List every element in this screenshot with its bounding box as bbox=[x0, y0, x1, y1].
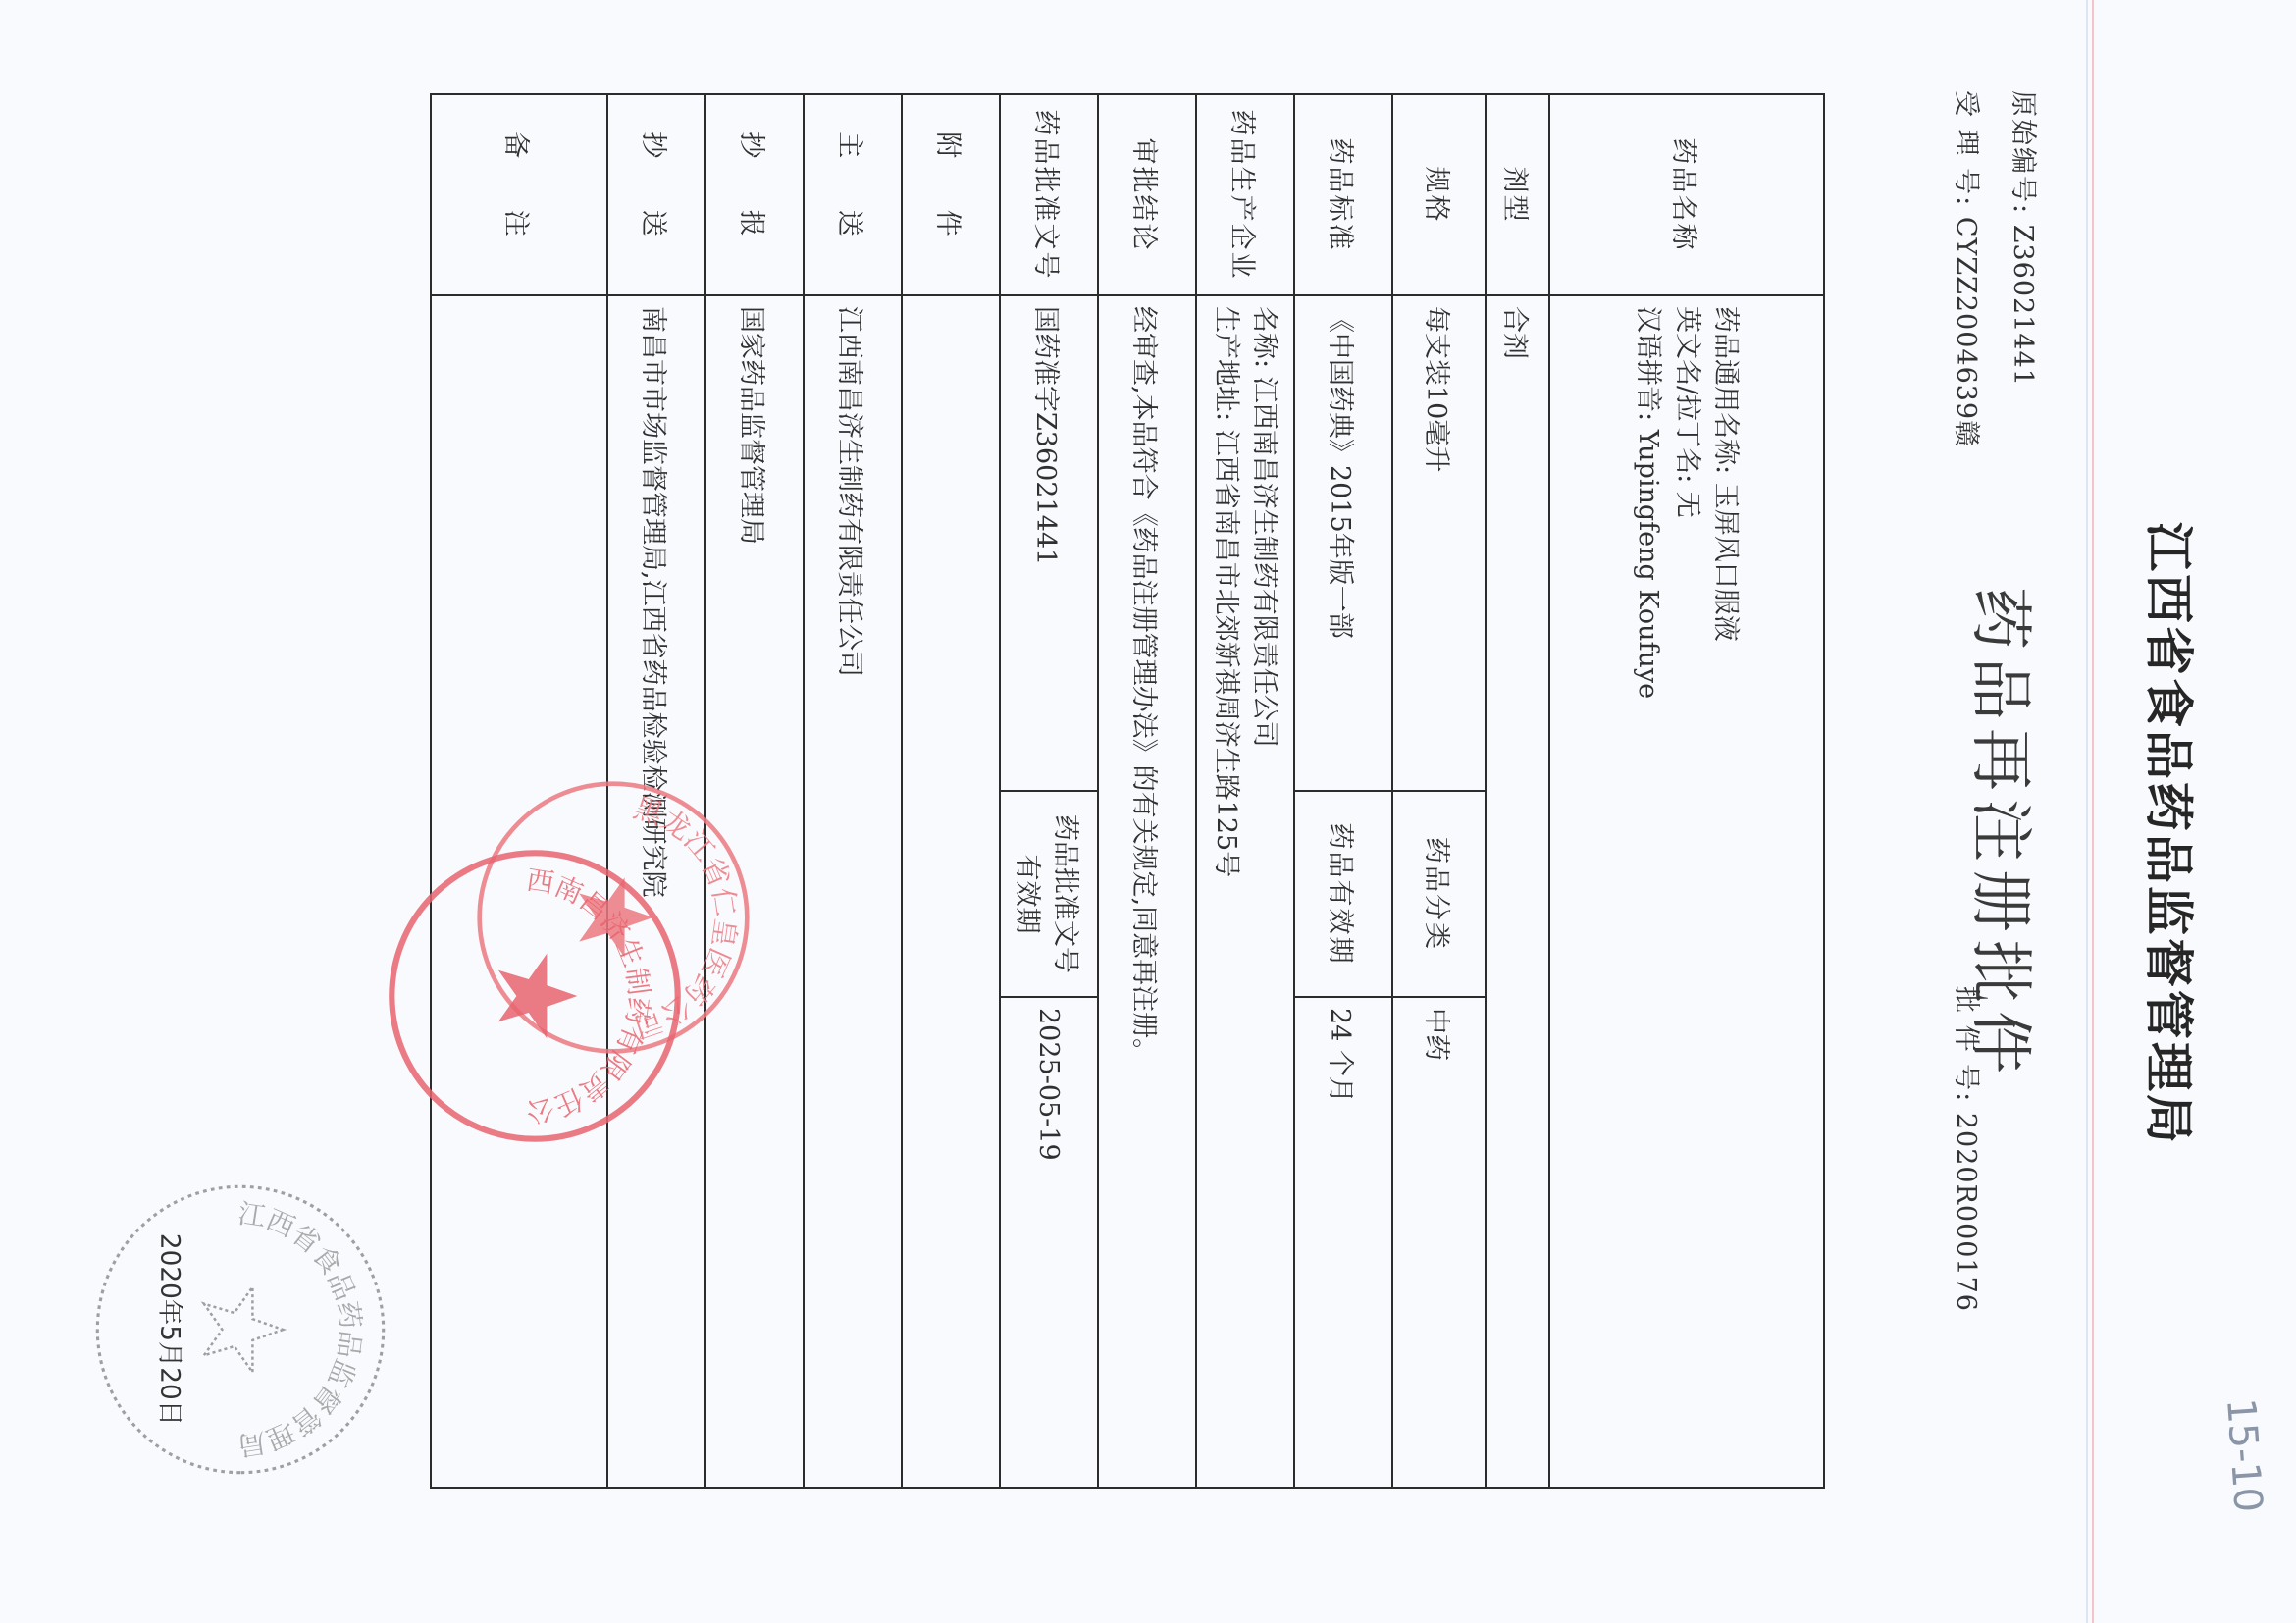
manufacturer-address-value: 江西省南昌市北郊新祺周济生路125号 bbox=[1211, 430, 1241, 878]
report-copy-value: 国家药品监督管理局 bbox=[705, 295, 804, 1488]
standard-value: 《中国药典》2015年版一部 bbox=[1294, 295, 1392, 791]
acceptance-number-value: CYZZ2004639赣 bbox=[1951, 217, 1981, 447]
english-name-value: 无 bbox=[1672, 492, 1702, 518]
generic-name: 药品通用名称: 玉屏风口服液 bbox=[1706, 306, 1745, 1477]
row-drug-name: 药品名称 药品通用名称: 玉屏风口服液 英文名/拉丁名: 无 汉语拼音: Yup… bbox=[1549, 94, 1824, 1488]
svg-text:江西省食品药品监督管理局: 江西省食品药品监督管理局 bbox=[235, 1197, 366, 1462]
page-edge-line bbox=[2092, 0, 2094, 1623]
manufacturer-name-label: 名称: bbox=[1249, 306, 1279, 368]
generic-name-value: 玉屏风口服液 bbox=[1710, 483, 1741, 642]
english-name-label: 英文名/拉丁名: bbox=[1672, 306, 1702, 483]
approval-validity-label: 药品批准文号有效期 bbox=[1000, 791, 1098, 997]
pinyin-value: Yupingfeng Koufuye bbox=[1633, 430, 1663, 699]
manufacturer-name-value: 江西南昌济生制药有限责任公司 bbox=[1249, 377, 1279, 748]
row-remarks: 备 注 bbox=[431, 94, 607, 1488]
manufacturer-name: 名称: 江西南昌济生制药有限责任公司 bbox=[1245, 306, 1283, 1477]
conclusion-label: 审批结论 bbox=[1098, 94, 1196, 295]
category-label: 药品分类 bbox=[1392, 791, 1486, 997]
drug-name-label: 药品名称 bbox=[1549, 94, 1824, 295]
row-main-recipient: 主 送 江西南昌济生制药有限责任公司 bbox=[804, 94, 902, 1488]
original-number-label: 原始编号: bbox=[2008, 90, 2038, 215]
official-seal-icon: 江西省食品药品监督管理局 2020年5月20日 bbox=[88, 1178, 392, 1482]
pinyin-name: 汉语拼音: Yupingfeng Koufuye bbox=[1629, 306, 1667, 1477]
row-approval-number: 药品批准文号 国药准字Z36021441 药品批准文号有效期 2025-05-1… bbox=[1000, 94, 1098, 1488]
approval-number-value: 2020R000176 bbox=[1951, 1113, 1981, 1312]
main-recipient-value: 江西南昌济生制药有限责任公司 bbox=[804, 295, 902, 1488]
rotated-document-page: 15-10 江西省食品药品监督管理局 药品再注册批件 原始编号: Z360214… bbox=[0, 0, 2296, 1623]
manufacturer-cell: 名称: 江西南昌济生制药有限责任公司 生产地址: 江西省南昌市北郊新祺周济生路1… bbox=[1196, 295, 1294, 1488]
cc-value: 南昌市市场监督管理局,江西省药品检验检测研究院 bbox=[607, 295, 705, 1488]
row-conclusion: 审批结论 经审查,本品符合《药品注册管理办法》的有关规定,同意再注册。 bbox=[1098, 94, 1196, 1488]
english-name: 英文名/拉丁名: 无 bbox=[1667, 306, 1705, 1477]
drug-name-cell: 药品通用名称: 玉屏风口服液 英文名/拉丁名: 无 汉语拼音: Yupingfe… bbox=[1549, 295, 1824, 1488]
approval-document-number: 批 件 号: 2020R000176 bbox=[1950, 986, 1988, 1312]
approval-validity-value: 2025-05-19 bbox=[1000, 997, 1098, 1488]
approval-number-label: 批 件 号: bbox=[1951, 986, 1981, 1103]
remarks-label: 备 注 bbox=[431, 94, 607, 295]
category-value: 中药 bbox=[1392, 997, 1486, 1488]
approval-number-value: 国药准字Z36021441 bbox=[1000, 295, 1098, 791]
standard-label: 药品标准 bbox=[1294, 94, 1392, 295]
row-dosage-form: 剂型 合剂 bbox=[1486, 94, 1549, 1488]
row-cc: 抄 送 南昌市市场监督管理局,江西省药品检验检测研究院 bbox=[607, 94, 705, 1488]
row-manufacturer: 药品生产企业 名称: 江西南昌济生制药有限责任公司 生产地址: 江西省南昌市北郊… bbox=[1196, 94, 1294, 1488]
shelf-life-label: 药品有效期 bbox=[1294, 791, 1392, 997]
original-number-value: Z36021441 bbox=[2008, 225, 2038, 387]
main-recipient-label: 主 送 bbox=[804, 94, 902, 295]
attachment-value bbox=[902, 295, 1000, 1488]
row-specification: 规格 每支装10毫升 药品分类 中药 bbox=[1392, 94, 1486, 1488]
registration-table: 药品名称 药品通用名称: 玉屏风口服液 英文名/拉丁名: 无 汉语拼音: Yup… bbox=[430, 93, 1825, 1489]
row-attachment: 附 件 bbox=[902, 94, 1000, 1488]
agency-name: 江西省食品药品监督管理局 bbox=[2137, 422, 2208, 1246]
fda-date-stamp: 江西省食品药品监督管理局 2020年5月20日 bbox=[88, 1178, 392, 1482]
original-number: 原始编号: Z36021441 bbox=[2007, 90, 2045, 387]
specification-value: 每支装10毫升 bbox=[1392, 295, 1486, 791]
pinyin-label: 汉语拼音: bbox=[1633, 306, 1663, 421]
acceptance-number-label: 受 理 号: bbox=[1951, 90, 1981, 207]
manufacturer-address-label: 生产地址: bbox=[1211, 306, 1241, 421]
generic-name-label: 药品通用名称: bbox=[1710, 306, 1741, 474]
report-copy-label: 抄 报 bbox=[705, 94, 804, 295]
row-standard: 药品标准 《中国药典》2015年版一部 药品有效期 24 个月 bbox=[1294, 94, 1392, 1488]
svg-text:2020年5月20日: 2020年5月20日 bbox=[154, 1233, 183, 1426]
shelf-life-value: 24 个月 bbox=[1294, 997, 1392, 1488]
cc-label: 抄 送 bbox=[607, 94, 705, 295]
page-edge-line bbox=[2086, 0, 2088, 1623]
conclusion-value: 经审查,本品符合《药品注册管理办法》的有关规定,同意再注册。 bbox=[1098, 295, 1196, 1488]
handwritten-note: 15-10 bbox=[2218, 1397, 2270, 1514]
attachment-label: 附 件 bbox=[902, 94, 1000, 295]
acceptance-number: 受 理 号: CYZZ2004639赣 bbox=[1950, 90, 1988, 447]
manufacturer-address: 生产地址: 江西省南昌市北郊新祺周济生路125号 bbox=[1207, 306, 1245, 1477]
specification-label: 规格 bbox=[1392, 94, 1486, 295]
row-report-copy: 抄 报 国家药品监督管理局 bbox=[705, 94, 804, 1488]
remarks-value bbox=[431, 295, 607, 1488]
manufacturer-label: 药品生产企业 bbox=[1196, 94, 1294, 295]
dosage-form-value: 合剂 bbox=[1486, 295, 1549, 1488]
approval-number-label: 药品批准文号 bbox=[1000, 94, 1098, 295]
dosage-form-label: 剂型 bbox=[1486, 94, 1549, 295]
